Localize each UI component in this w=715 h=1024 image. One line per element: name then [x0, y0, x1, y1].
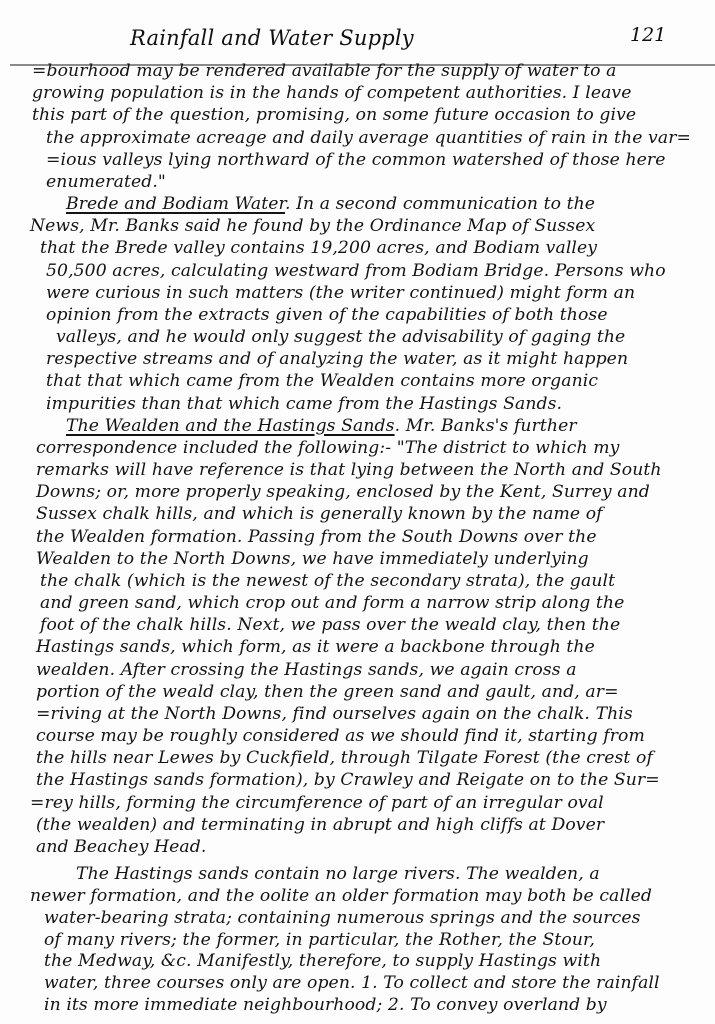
line-text: . In a second communication to the — [285, 194, 595, 214]
page-number: 121 — [630, 24, 666, 46]
manuscript-line: in its more immediate neighbourhood; 2. … — [44, 992, 607, 1018]
page-header: Rainfall and Water Supply 121 — [0, 18, 715, 58]
section-heading: Brede and Bodiam Water — [66, 194, 285, 214]
handwritten-page: Rainfall and Water Supply 121 =bourhood … — [0, 0, 715, 1024]
section-heading: The Wealden and the Hastings Sands — [66, 416, 395, 436]
running-title: Rainfall and Water Supply — [130, 26, 414, 50]
manuscript-line: and Beachey Head. — [36, 834, 206, 860]
line-text: . Mr. Banks's further — [395, 416, 577, 436]
